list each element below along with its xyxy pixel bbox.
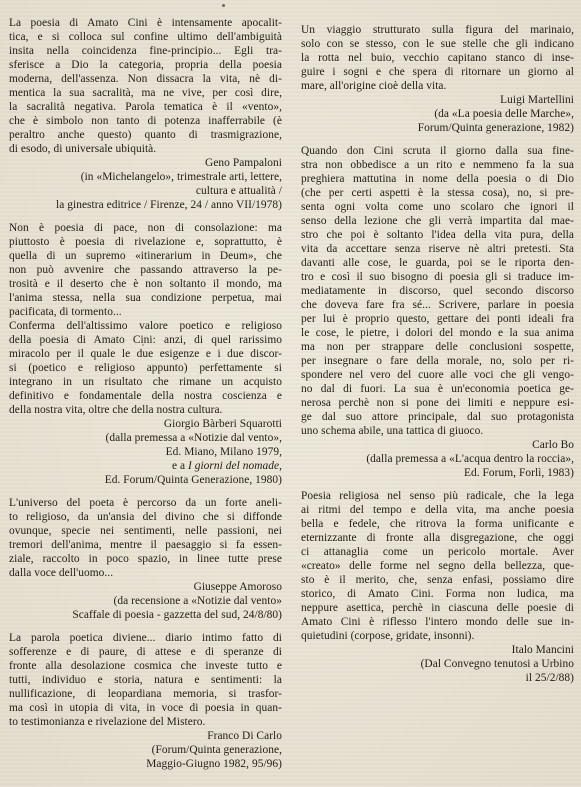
- quote-line: miracolo per il quale le due esigenze e …: [9, 347, 282, 361]
- quote-line: La parola poetica diviene... diario inti…: [9, 631, 282, 645]
- quote-line: mentica la sua sacralità, ma ne vive, pe…: [9, 86, 282, 100]
- quote-line: tremori dell'anima, mentre il paesaggio …: [9, 538, 282, 552]
- quote-line: stra non obbedisce a un rito e nemmeno f…: [301, 158, 574, 172]
- attribution-author: Giuseppe Amoroso: [9, 580, 282, 594]
- quote-line: senso della lezione che gli verrà impart…: [301, 214, 574, 228]
- quote-line: nullificazione, di leopardiana memoria, …: [9, 687, 282, 701]
- attribution-author: Italo Mancini: [301, 643, 574, 657]
- quote-line: mediatamente in discorso, quel secondo d…: [301, 284, 574, 298]
- quote-line: definitivo e fondamentale della nostra c…: [9, 389, 282, 403]
- quote-line: tica, e si colloca sul confine ultimo de…: [9, 30, 282, 44]
- attribution-line: (dalla premessa a «L'acqua dentro la roc…: [301, 452, 574, 466]
- attribution-line: (da recensione a «Notizie dal vento»: [9, 594, 282, 608]
- quote-line: Conferma dell'altissimo valore poetico e…: [9, 319, 282, 333]
- quote-line: Amato Cini è riflesso l'intero mondo del…: [301, 615, 574, 629]
- quote-line: to religioso, da un'ansia del divino che…: [9, 510, 282, 524]
- quote-block: La parola poetica diviene... diario inti…: [9, 631, 282, 771]
- quote-line: eternizzante di fronte alla disgregazion…: [301, 531, 574, 545]
- quote-line: della nostra vita, oltre che della nostr…: [9, 403, 282, 417]
- quote-line: spondere nel vero del cuore alle voci ch…: [301, 368, 574, 382]
- quote-line: quella di un supremo «itinerarium in Deu…: [9, 249, 282, 263]
- attribution-line: Scaffale di poesia - gazzetta del sud, 2…: [9, 608, 282, 622]
- quote-line: che è simbolo non tanto di potenza inaff…: [9, 114, 282, 128]
- quote-block: L'universo del poeta è percorso da un fo…: [9, 496, 282, 622]
- attribution-line: Maggio-Giugno 1982, 95/96): [9, 757, 282, 771]
- quote-line: di esodo, di universale ubiquità.: [9, 142, 282, 156]
- attribution-author: Franco Di Carlo: [9, 729, 282, 743]
- quote-line: neppure asettica, perchè in ciascuna del…: [301, 601, 574, 615]
- quote-line: si (poetico e religioso appunto) perfett…: [9, 361, 282, 375]
- quote-line: integrano in un risultato che rimane un …: [9, 375, 282, 389]
- quote-line: «creato» delle forme nel segno della bel…: [301, 559, 574, 573]
- quote-line: uno schema abile, una tattica di giuoco.: [301, 424, 574, 438]
- attribution-line: Ed. Forum/Quinta Generazione, 1980): [9, 473, 282, 487]
- quote-line: Poesia religiosa nel senso più radicale,…: [301, 489, 574, 503]
- quote-line: La poesia di Amato Cini è intensamente a…: [9, 16, 282, 30]
- attribution-line: il 25/2/88): [301, 671, 574, 685]
- attribution-line: la ginestra editrice / Firenze, 24 / ann…: [9, 198, 282, 212]
- quote-line: tro e così il suo bisogno di poesia gli …: [301, 270, 574, 284]
- attribution-author: Luigi Martellini: [301, 93, 574, 107]
- quote-line: piuttosto è poesia di rivelazione e, sop…: [9, 235, 282, 249]
- attribution-line: (dalla premessa a «Notizie dal vento»,: [9, 431, 282, 445]
- attribution-line: Ed. Miano, Milano 1979,: [9, 445, 282, 459]
- quote-line: fronte alla desolazione cosmica che inve…: [9, 659, 282, 673]
- quote-line: vita da accettare senza riserve nè altri…: [301, 242, 574, 256]
- attribution-author: Geno Pampaloni: [9, 156, 282, 170]
- quote-line: (che per certi aspetti è la stessa cosa)…: [301, 186, 574, 200]
- quote-block: Poesia religiosa nel senso più radicale,…: [301, 489, 574, 685]
- quote-line: senta ogni volta come uno scolaro che ig…: [301, 200, 574, 214]
- quote-line: no dal di fuori. La sua è un'economia po…: [301, 382, 574, 396]
- quote-line: dalla voce dell'uomo...: [9, 566, 282, 580]
- attribution-line: (Forum/Quinta generazione,: [9, 743, 282, 757]
- quote-line: trosità e il deserto che è non soltanto …: [9, 277, 282, 291]
- quote-line: ovunque, specie nei sentimenti, nelle pa…: [9, 524, 282, 538]
- quote-line: ziale, raccolto in poco spazio, in linee…: [9, 552, 282, 566]
- quote-line: che doveva fare fra sé... Scrivere, parl…: [301, 298, 574, 312]
- attribution-line: cultura e attualità /: [9, 184, 282, 198]
- quote-block: Quando don Cini scruta il giorno dalla s…: [301, 144, 574, 480]
- quote-line: storico, di Amato Cini. Forma non ludica…: [301, 587, 574, 601]
- quote-line: L'universo del poeta è percorso da un fo…: [9, 496, 282, 510]
- text-column-left: La poesia di Amato Cini è intensamente a…: [9, 16, 282, 780]
- quote-line: sofferenze e di paure, di attese e di sp…: [9, 645, 282, 659]
- quote-block: Non è poesia di pace, non di consolazion…: [9, 221, 282, 487]
- quote-line: nerosa perchè non si pone dei limiti e n…: [301, 396, 574, 410]
- scan-artifact: [142, 344, 144, 346]
- quote-line: Non è poesia di pace, non di consolazion…: [9, 221, 282, 235]
- quote-line: quietudini (corpose, gridate, insonni).: [301, 629, 574, 643]
- quote-line: Un viaggio strutturato sulla figura del …: [301, 23, 574, 37]
- quote-line: non può avvenire che passando attraverso…: [9, 263, 282, 277]
- attribution-line: Forum/Quinta generazione, 1982): [301, 121, 574, 135]
- quote-line: la sacralità negativa. Parola tematica è…: [9, 100, 282, 114]
- quote-line: preghiera mattutina in nome della poesia…: [301, 172, 574, 186]
- quote-line: insita nella coincidenza fine-principio.…: [9, 44, 282, 58]
- attribution-line: (in «Michelangelo», trimestrale arti, le…: [9, 170, 282, 184]
- quote-block: Un viaggio strutturato sulla figura del …: [301, 23, 574, 135]
- quote-line: della poesia di Amato Cini: anzi, di que…: [9, 333, 282, 347]
- quote-block: La poesia di Amato Cini è intensamente a…: [9, 16, 282, 212]
- attribution-line: (Dal Convegno tenutosi a Urbino: [301, 657, 574, 671]
- quote-line: ge dal suo attore principale, dal suo pr…: [301, 410, 574, 424]
- quote-line: sto è il merito, che, senza enfasi, poss…: [301, 573, 574, 587]
- quote-line: guire i sogni e che spera di ritornare u…: [301, 65, 574, 79]
- quote-line: solo con se stesso, con le sue stelle ch…: [301, 37, 574, 51]
- quote-line: la rotta nel buio, vecchio capitano stan…: [301, 51, 574, 65]
- quote-line: peraltro anche questo) quanto di trasmig…: [9, 128, 282, 142]
- quote-line: moderna, dell'assenza. Non dissacra la v…: [9, 72, 282, 86]
- quote-line: bella e fedele, che ritrova la forma uni…: [301, 517, 574, 531]
- quote-line: stro che poi è soltanto l'idea della vit…: [301, 228, 574, 242]
- quote-line: pacificata, di tormento...: [9, 305, 282, 319]
- quote-line: ci attanaglia come un pericolo mortale. …: [301, 545, 574, 559]
- quote-line: per insegnare o fare della morale, no, s…: [301, 354, 574, 368]
- quote-line: per lui è proprio questo, gettare dei po…: [301, 312, 574, 326]
- quote-line: l'anima stessa, nella sua condizione per…: [9, 291, 282, 305]
- quote-line: ai ritmi del tempo e della vita, ma anch…: [301, 503, 574, 517]
- text-column-right: Un viaggio strutturato sulla figura del …: [301, 23, 574, 694]
- attribution-line: (da «La poesia delle Marche»,: [301, 107, 574, 121]
- quote-line: mare, all'origine cioè della vita.: [301, 79, 574, 93]
- quote-line: le cose, le pietre, i dolori del mondo e…: [301, 326, 574, 340]
- quote-line: to testimonianza e rivelazione del Miste…: [9, 715, 282, 729]
- scanned-document-page: { "page": { "background": "#ece7d8", "te…: [0, 0, 581, 787]
- attribution-line: Ed. Forum, Forlì, 1983): [301, 466, 574, 480]
- quote-line: davanti alle cose, le guarda, poi se le …: [301, 256, 574, 270]
- attribution-line: e a I giorni del nomade,: [9, 459, 282, 473]
- scan-artifact: [222, 4, 225, 7]
- quote-line: ma così in utopia di vita, in voce di po…: [9, 701, 282, 715]
- quote-line: ma non per strappare delle conclusioni s…: [301, 340, 574, 354]
- attribution-author: Giorgio Bàrberi Squarotti: [9, 417, 282, 431]
- attribution-author: Carlo Bo: [301, 438, 574, 452]
- quote-line: tutti, individuo e storia, natura e sent…: [9, 673, 282, 687]
- quote-line: Quando don Cini scruta il giorno dalla s…: [301, 144, 574, 158]
- quote-line: sferisce a Dio la categoria, propria del…: [9, 58, 282, 72]
